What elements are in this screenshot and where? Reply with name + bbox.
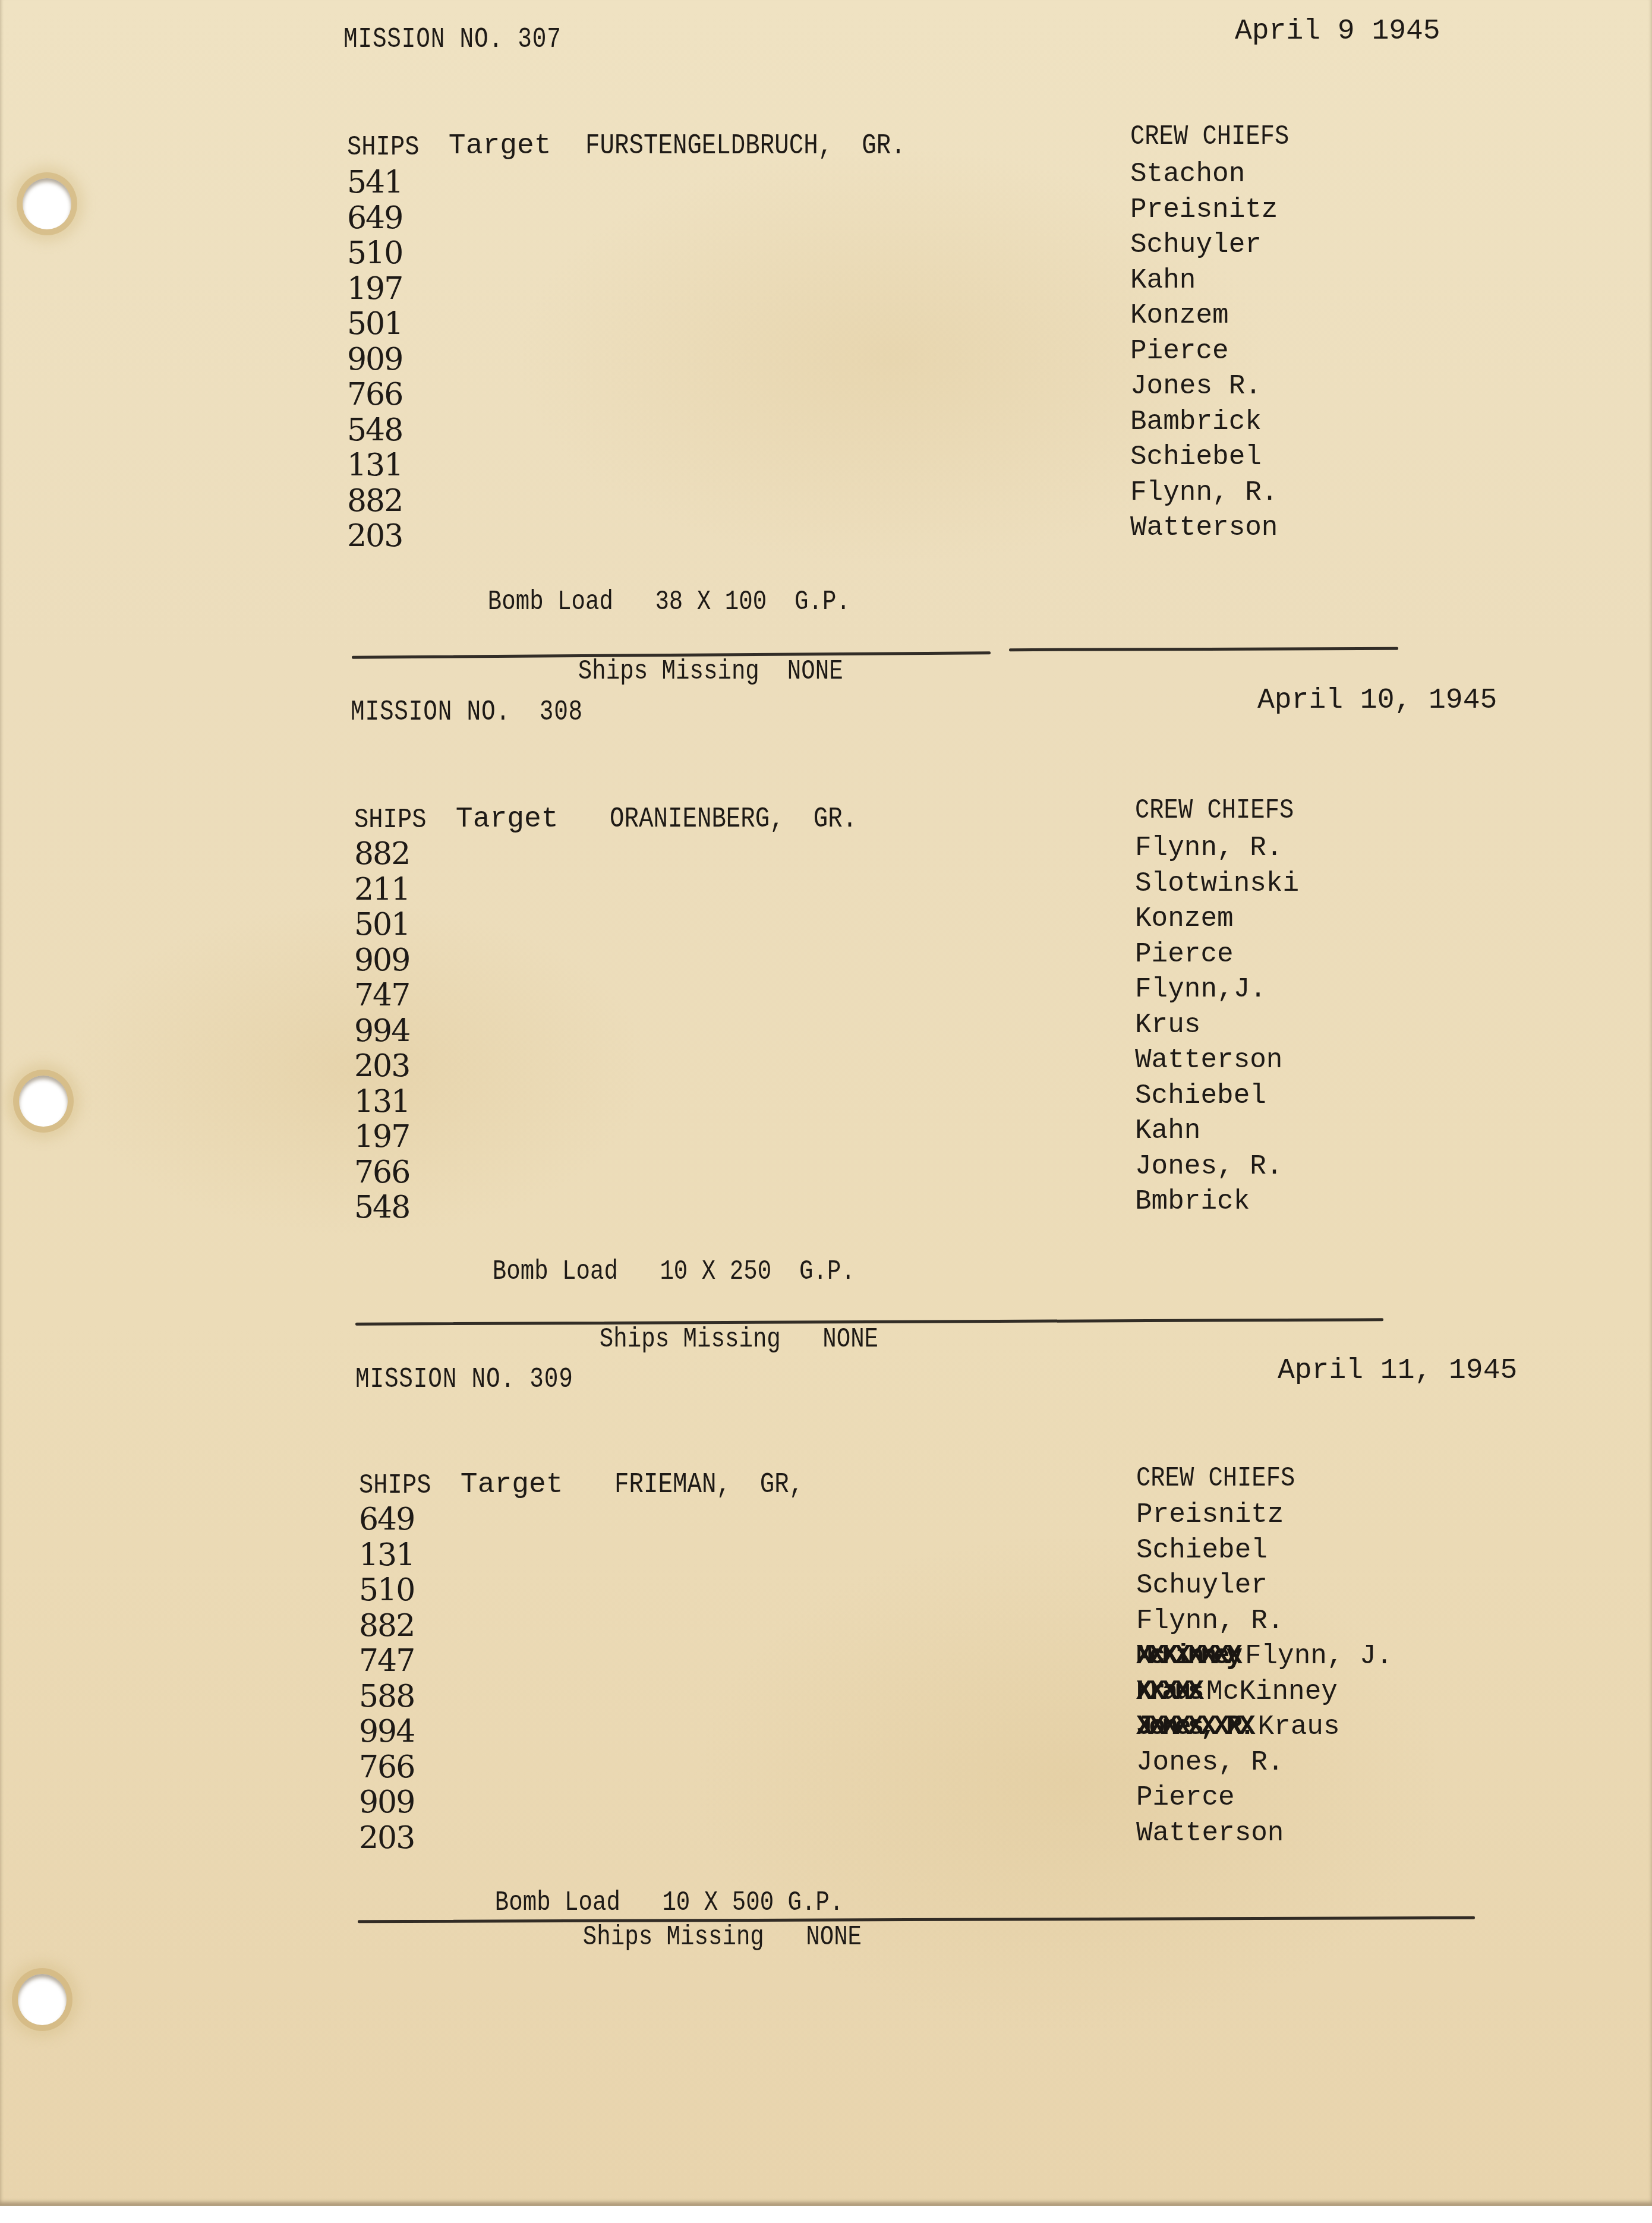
ship-number: 510 [359, 1573, 414, 1609]
crew-chief-entry: Flynn,J. [1135, 972, 1299, 1008]
crew-chief-entry: Watterson [1136, 1816, 1392, 1852]
ships-list: 649131510882747588994766909203 [359, 1502, 414, 1856]
crew-chief-entry: KXrXaXuXsXMcKinney [1136, 1675, 1392, 1710]
ship-number: 994 [354, 1014, 409, 1049]
crew-chief-name: Jones, R. [1136, 1747, 1284, 1778]
ship-number: 197 [347, 272, 402, 307]
bomb-load-label: Bomb Load [493, 1256, 618, 1287]
crew-chief-name: Kraus [1257, 1711, 1339, 1742]
mission-title: MISSION NO. 307 [343, 24, 562, 56]
crew-chief-entry: Jones, R. [1136, 1745, 1392, 1781]
ships-list: 882211501909747994203131197766548 [354, 837, 409, 1226]
punch-hole [18, 1974, 67, 2025]
ships-missing-value: NONE [806, 1922, 862, 1953]
crew-chief-entry: Jones R. [1130, 369, 1278, 405]
mission-date: April 11, 1945 [1278, 1355, 1517, 1387]
crew-chief-entry: Schiebel [1136, 1533, 1392, 1569]
ships-missing-label: Ships Missing [583, 1922, 764, 1953]
ship-number: 766 [359, 1750, 414, 1786]
crew-chief-name: Konzem [1130, 300, 1229, 331]
crew-chief-name: Flynn,J. [1135, 974, 1266, 1005]
target-value: FURSTENGELDBRUCH, GR. [585, 130, 906, 162]
crew-chief-name: Preisnitz [1130, 194, 1278, 225]
crew-chief-entry: Schiebel [1135, 1079, 1299, 1114]
ship-number: 994 [359, 1714, 414, 1750]
crew-chiefs-list: StachonPreisnitzSchuylerKahnKonzemPierce… [1130, 157, 1278, 546]
crew-chief-name: Pierce [1135, 939, 1234, 970]
crew-chief-entry: Schuyler [1136, 1568, 1392, 1604]
ship-number: 747 [354, 978, 409, 1014]
bomb-load-value: 10 X 250 G.P. [660, 1256, 855, 1287]
crew-chief-name: Kahn [1135, 1115, 1200, 1146]
ship-number: 649 [347, 201, 402, 237]
ships-list: 541649510197501909766548131882203 [347, 165, 402, 554]
ship-number: 211 [354, 872, 409, 908]
crew-chief-name: Schiebel [1135, 1080, 1266, 1111]
crew-chief-name: Bambrick [1130, 406, 1262, 437]
crew-chief-entry: Konzem [1135, 901, 1299, 937]
ships-header: SHIPS [354, 805, 426, 835]
ship-number: 548 [347, 413, 402, 449]
ships-missing: Ships Missing NONE [499, 1891, 862, 1984]
target-value: FRIEMAN, GR, [614, 1469, 803, 1501]
bomb-load-label: Bomb Load [488, 587, 613, 617]
ship-number: 501 [347, 307, 402, 342]
ship-number: 588 [359, 1679, 414, 1715]
crew-chiefs-header: CREW CHIEFS [1136, 1463, 1295, 1494]
ship-number: 766 [347, 377, 402, 413]
ships-missing-value: NONE [787, 656, 843, 687]
ships-header: SHIPS [347, 132, 419, 163]
crew-chief-entry: Watterson [1130, 510, 1278, 546]
ship-number: 203 [347, 519, 402, 554]
ships-header: SHIPS [359, 1470, 431, 1501]
crew-chief-name: Flynn, J. [1245, 1641, 1392, 1672]
ship-number: 747 [359, 1644, 414, 1679]
ship-number: 882 [347, 484, 402, 519]
ship-number: 909 [354, 943, 409, 979]
crew-chief-entry: Flynn, R. [1135, 831, 1299, 866]
ship-number: 131 [347, 448, 402, 484]
ship-number: 501 [354, 907, 409, 943]
crew-chief-name: Schiebel [1130, 442, 1262, 472]
crew-chief-entry: Schiebel [1130, 440, 1278, 475]
crew-chief-entry: Pierce [1136, 1780, 1392, 1816]
ship-number: 541 [347, 165, 402, 201]
struck-out-name: MXcXKXiXnXnXeXyX [1136, 1641, 1239, 1672]
bomb-load-value: 38 X 100 G.P. [655, 587, 850, 617]
struck-out-name: JXoXnXeXsX,X XRX.X [1136, 1711, 1251, 1742]
crew-chief-name: Watterson [1136, 1818, 1284, 1849]
ship-number: 197 [354, 1120, 409, 1155]
crew-chief-name: Bmbrick [1135, 1186, 1250, 1217]
mission-title: MISSION NO. 309 [355, 1364, 573, 1396]
crew-chief-name: Slotwinski [1135, 868, 1299, 899]
crew-chief-entry: Stachon [1130, 157, 1278, 193]
crew-chief-name: Pierce [1130, 336, 1229, 367]
ship-number: 510 [347, 236, 402, 272]
crew-chief-name: Jones R. [1130, 371, 1262, 402]
crew-chief-entry: MXcXKXiXnXnXeXyXFlynn, J. [1136, 1639, 1392, 1675]
crew-chief-name: Konzem [1135, 903, 1234, 934]
target-label: Target [449, 130, 551, 162]
target-label: Target [461, 1469, 563, 1501]
crew-chiefs-list: Flynn, R.SlotwinskiKonzemPierceFlynn,J.K… [1135, 831, 1299, 1220]
ship-number: 649 [359, 1502, 414, 1538]
crew-chief-entry: Preisnitz [1136, 1497, 1392, 1533]
crew-chief-entry: Bmbrick [1135, 1184, 1299, 1220]
mission-date: April 9 1945 [1235, 15, 1440, 48]
ship-number: 548 [354, 1190, 409, 1226]
ship-number: 909 [347, 342, 402, 378]
punch-hole [19, 1076, 68, 1127]
ship-number: 882 [354, 837, 409, 872]
ship-number: 203 [359, 1821, 414, 1856]
crew-chief-name: Schuyler [1130, 229, 1262, 260]
crew-chief-entry: Konzem [1130, 298, 1278, 334]
crew-chief-entry: Pierce [1130, 334, 1278, 370]
target-value: ORANIENBERG, GR. [610, 803, 857, 835]
section-divider [1009, 647, 1398, 651]
crew-chief-entry: Bambrick [1130, 405, 1278, 440]
crew-chief-entry: Krus [1135, 1008, 1299, 1043]
mission-date: April 10, 1945 [1257, 685, 1497, 717]
ships-missing-label: Ships Missing [578, 656, 759, 687]
crew-chief-entry: Kahn [1135, 1114, 1299, 1149]
crew-chief-name: Jones, R. [1135, 1151, 1282, 1182]
crew-chief-entry: Schuyler [1130, 228, 1278, 263]
ship-number: 203 [354, 1049, 409, 1084]
crew-chief-name: Preisnitz [1136, 1499, 1284, 1530]
ship-number: 131 [354, 1084, 409, 1120]
crew-chief-name: Stachon [1130, 159, 1245, 190]
ships-missing-label: Ships Missing [600, 1324, 781, 1355]
crew-chief-entry: Flynn, R. [1130, 475, 1278, 511]
ship-number: 882 [359, 1609, 414, 1644]
crew-chief-entry: JXoXnXeXsX,X XRX.XKraus [1136, 1710, 1392, 1745]
crew-chief-entry: Slotwinski [1135, 866, 1299, 902]
crew-chief-name: Krus [1135, 1010, 1200, 1040]
crew-chief-entry: Kahn [1130, 263, 1278, 299]
crew-chief-entry: Jones, R. [1135, 1149, 1299, 1185]
ship-number: 766 [354, 1155, 409, 1191]
crew-chief-name: Schiebel [1136, 1535, 1268, 1566]
crew-chief-name: Kahn [1130, 265, 1196, 296]
crew-chief-name: Flynn, R. [1135, 833, 1282, 863]
mission-target: Target ORANIENBERG, GR. [353, 771, 901, 868]
crew-chiefs-header: CREW CHIEFS [1130, 121, 1289, 152]
mission-title: MISSION NO. 308 [351, 696, 583, 729]
crew-chief-name: Pierce [1136, 1782, 1235, 1813]
crew-chief-name: Schuyler [1136, 1570, 1268, 1601]
punch-hole [23, 178, 71, 229]
crew-chief-name: Watterson [1135, 1045, 1282, 1076]
mission-target: Target FURSTENGELDBRUCH, GR. [346, 98, 962, 194]
target-label: Target [456, 803, 559, 835]
crew-chiefs-list: PreisnitzSchiebelSchuylerFlynn, R.MXcXKX… [1136, 1497, 1392, 1851]
crew-chief-name: Flynn, R. [1130, 477, 1278, 508]
crew-chiefs-header: CREW CHIEFS [1135, 795, 1294, 826]
typed-mission-record-page: MISSION NO. 307 April 9 1945 Target FURS… [0, 0, 1652, 2206]
crew-chief-entry: Watterson [1135, 1043, 1299, 1079]
struck-out-name: KXrXaXuXsX [1136, 1676, 1200, 1707]
crew-chief-name: Flynn, R. [1136, 1606, 1284, 1636]
crew-chief-name: Watterson [1130, 512, 1278, 543]
crew-chief-entry: Flynn, R. [1136, 1604, 1392, 1639]
ship-number: 131 [359, 1538, 414, 1574]
crew-chief-entry: Preisnitz [1130, 193, 1278, 228]
crew-chief-entry: Pierce [1135, 937, 1299, 973]
crew-chief-name: McKinney [1206, 1676, 1338, 1707]
ships-missing-value: NONE [822, 1324, 878, 1355]
ship-number: 909 [359, 1785, 414, 1821]
